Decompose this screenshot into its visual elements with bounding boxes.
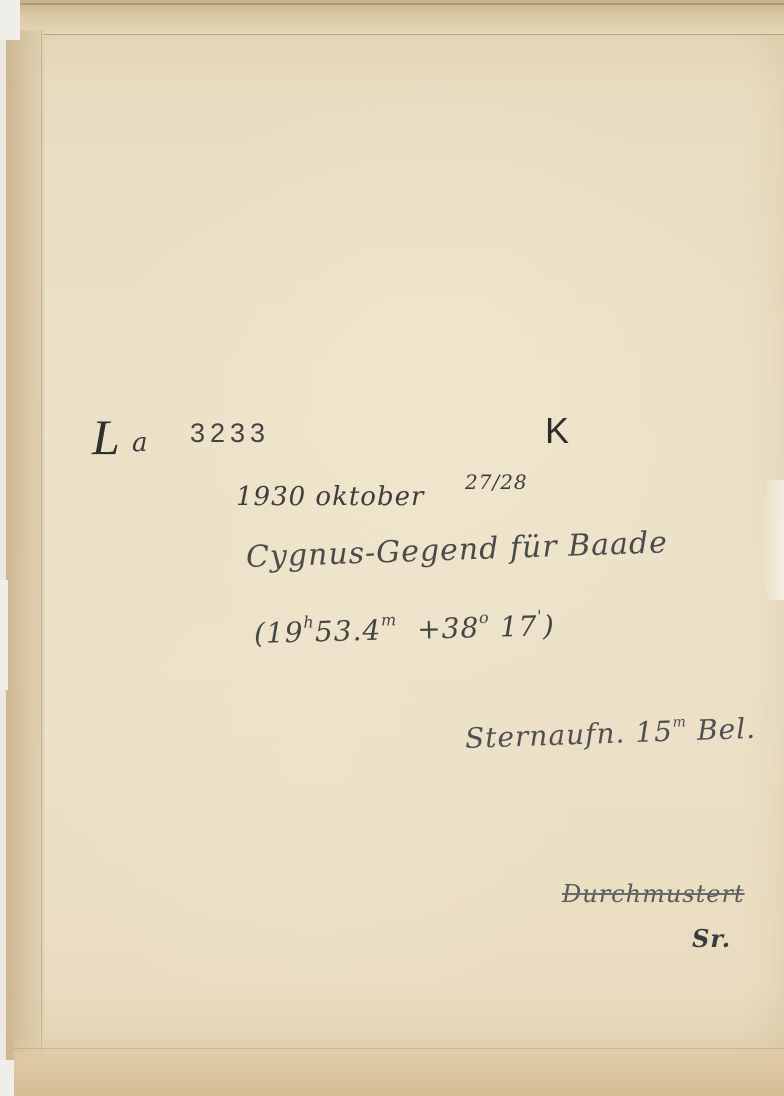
left-fold: [6, 30, 44, 1080]
plate-mark: K: [545, 410, 570, 452]
torn-corner-bottom: [0, 1060, 14, 1096]
top-fold: [16, 0, 784, 35]
torn-corner: [0, 0, 20, 40]
plate-number: 3233: [190, 418, 270, 449]
plate-prefix-sub: a: [132, 428, 149, 458]
status-note: Durchmustert: [562, 880, 745, 908]
ra-hours: 19: [266, 616, 304, 650]
dec-degrees: +38: [417, 611, 480, 646]
bottom-fold: [14, 1036, 784, 1096]
coord-open: (: [254, 617, 267, 650]
ra-hours-unit: h: [303, 612, 315, 631]
plate-prefix: L: [92, 408, 121, 466]
paper-crease: [762, 480, 784, 600]
limit-suffix: Bel.: [687, 712, 757, 747]
scanned-document: L a 3233 K 1930 oktober 27/28 Cygnus-Geg…: [0, 0, 784, 1096]
limit-sup: m: [672, 714, 687, 730]
torn-edge: [0, 580, 8, 690]
dec-degrees-unit: o: [479, 608, 490, 627]
initials: Sr.: [692, 924, 731, 953]
observation-date: 1930 oktober: [236, 482, 424, 512]
coord-close: ): [542, 609, 555, 642]
dec-minutes: 17: [499, 610, 537, 644]
ra-minutes: 53.4: [314, 614, 381, 649]
ra-minutes-unit: m: [381, 610, 398, 629]
observation-nights: 27/28: [465, 470, 528, 494]
